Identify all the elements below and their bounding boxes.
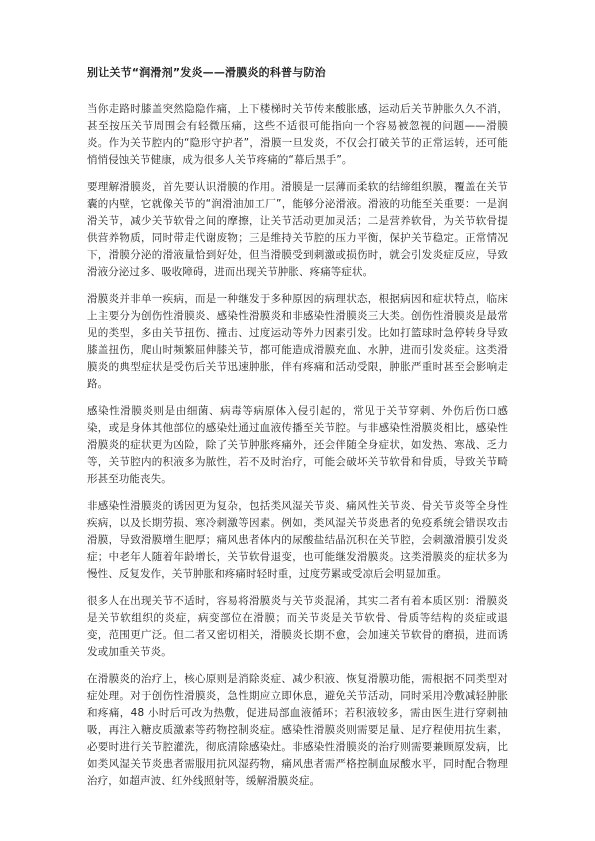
document-page: 别让关节“润滑剂”发炎——滑膜炎的科普与防治 当你走路时膝盖突然隐隐作痛，上下楼… (0, 0, 595, 841)
article-body: 当你走路时膝盖突然隐隐作痛，上下楼梯时关节传来酸胀感，运动后关节肿胀久久不消，甚… (87, 101, 508, 790)
article-paragraph-types: 滑膜炎并非单一疾病，而是一种继发于多种原因的病理状态，根据病因和症状特点，临床上… (87, 291, 508, 393)
article-paragraph-noninfectious: 非感染性滑膜炎的诱因更为复杂，包括类风湿关节炎、痛风性关节炎、骨关节炎等全身性疾… (87, 498, 508, 583)
article-paragraph-infectious: 感染性滑膜炎则是由细菌、病毒等病原体入侵引起的，常见于关节穿刺、外伤后伤口感染，… (87, 403, 508, 488)
article-paragraph-treatment: 在滑膜炎的治疗上，核心原则是消除炎症、减少积液、恢复滑膜功能，需根据不同类型对症… (87, 671, 508, 790)
article-title: 别让关节“润滑剂”发炎——滑膜炎的科普与防治 (87, 64, 508, 81)
article-paragraph-intro: 当你走路时膝盖突然隐隐作痛，上下楼梯时关节传来酸胀感，运动后关节肿胀久久不消，甚… (87, 101, 508, 169)
article-paragraph-synovium-role: 要理解滑膜炎，首先要认识滑膜的作用。滑膜是一层薄而柔软的结缔组织膜，覆盖在关节囊… (87, 179, 508, 281)
article-paragraph-difference: 很多人在出现关节不适时，容易将滑膜炎与关节炎混淆，其实二者有着本质区别：滑膜炎是… (87, 593, 508, 661)
